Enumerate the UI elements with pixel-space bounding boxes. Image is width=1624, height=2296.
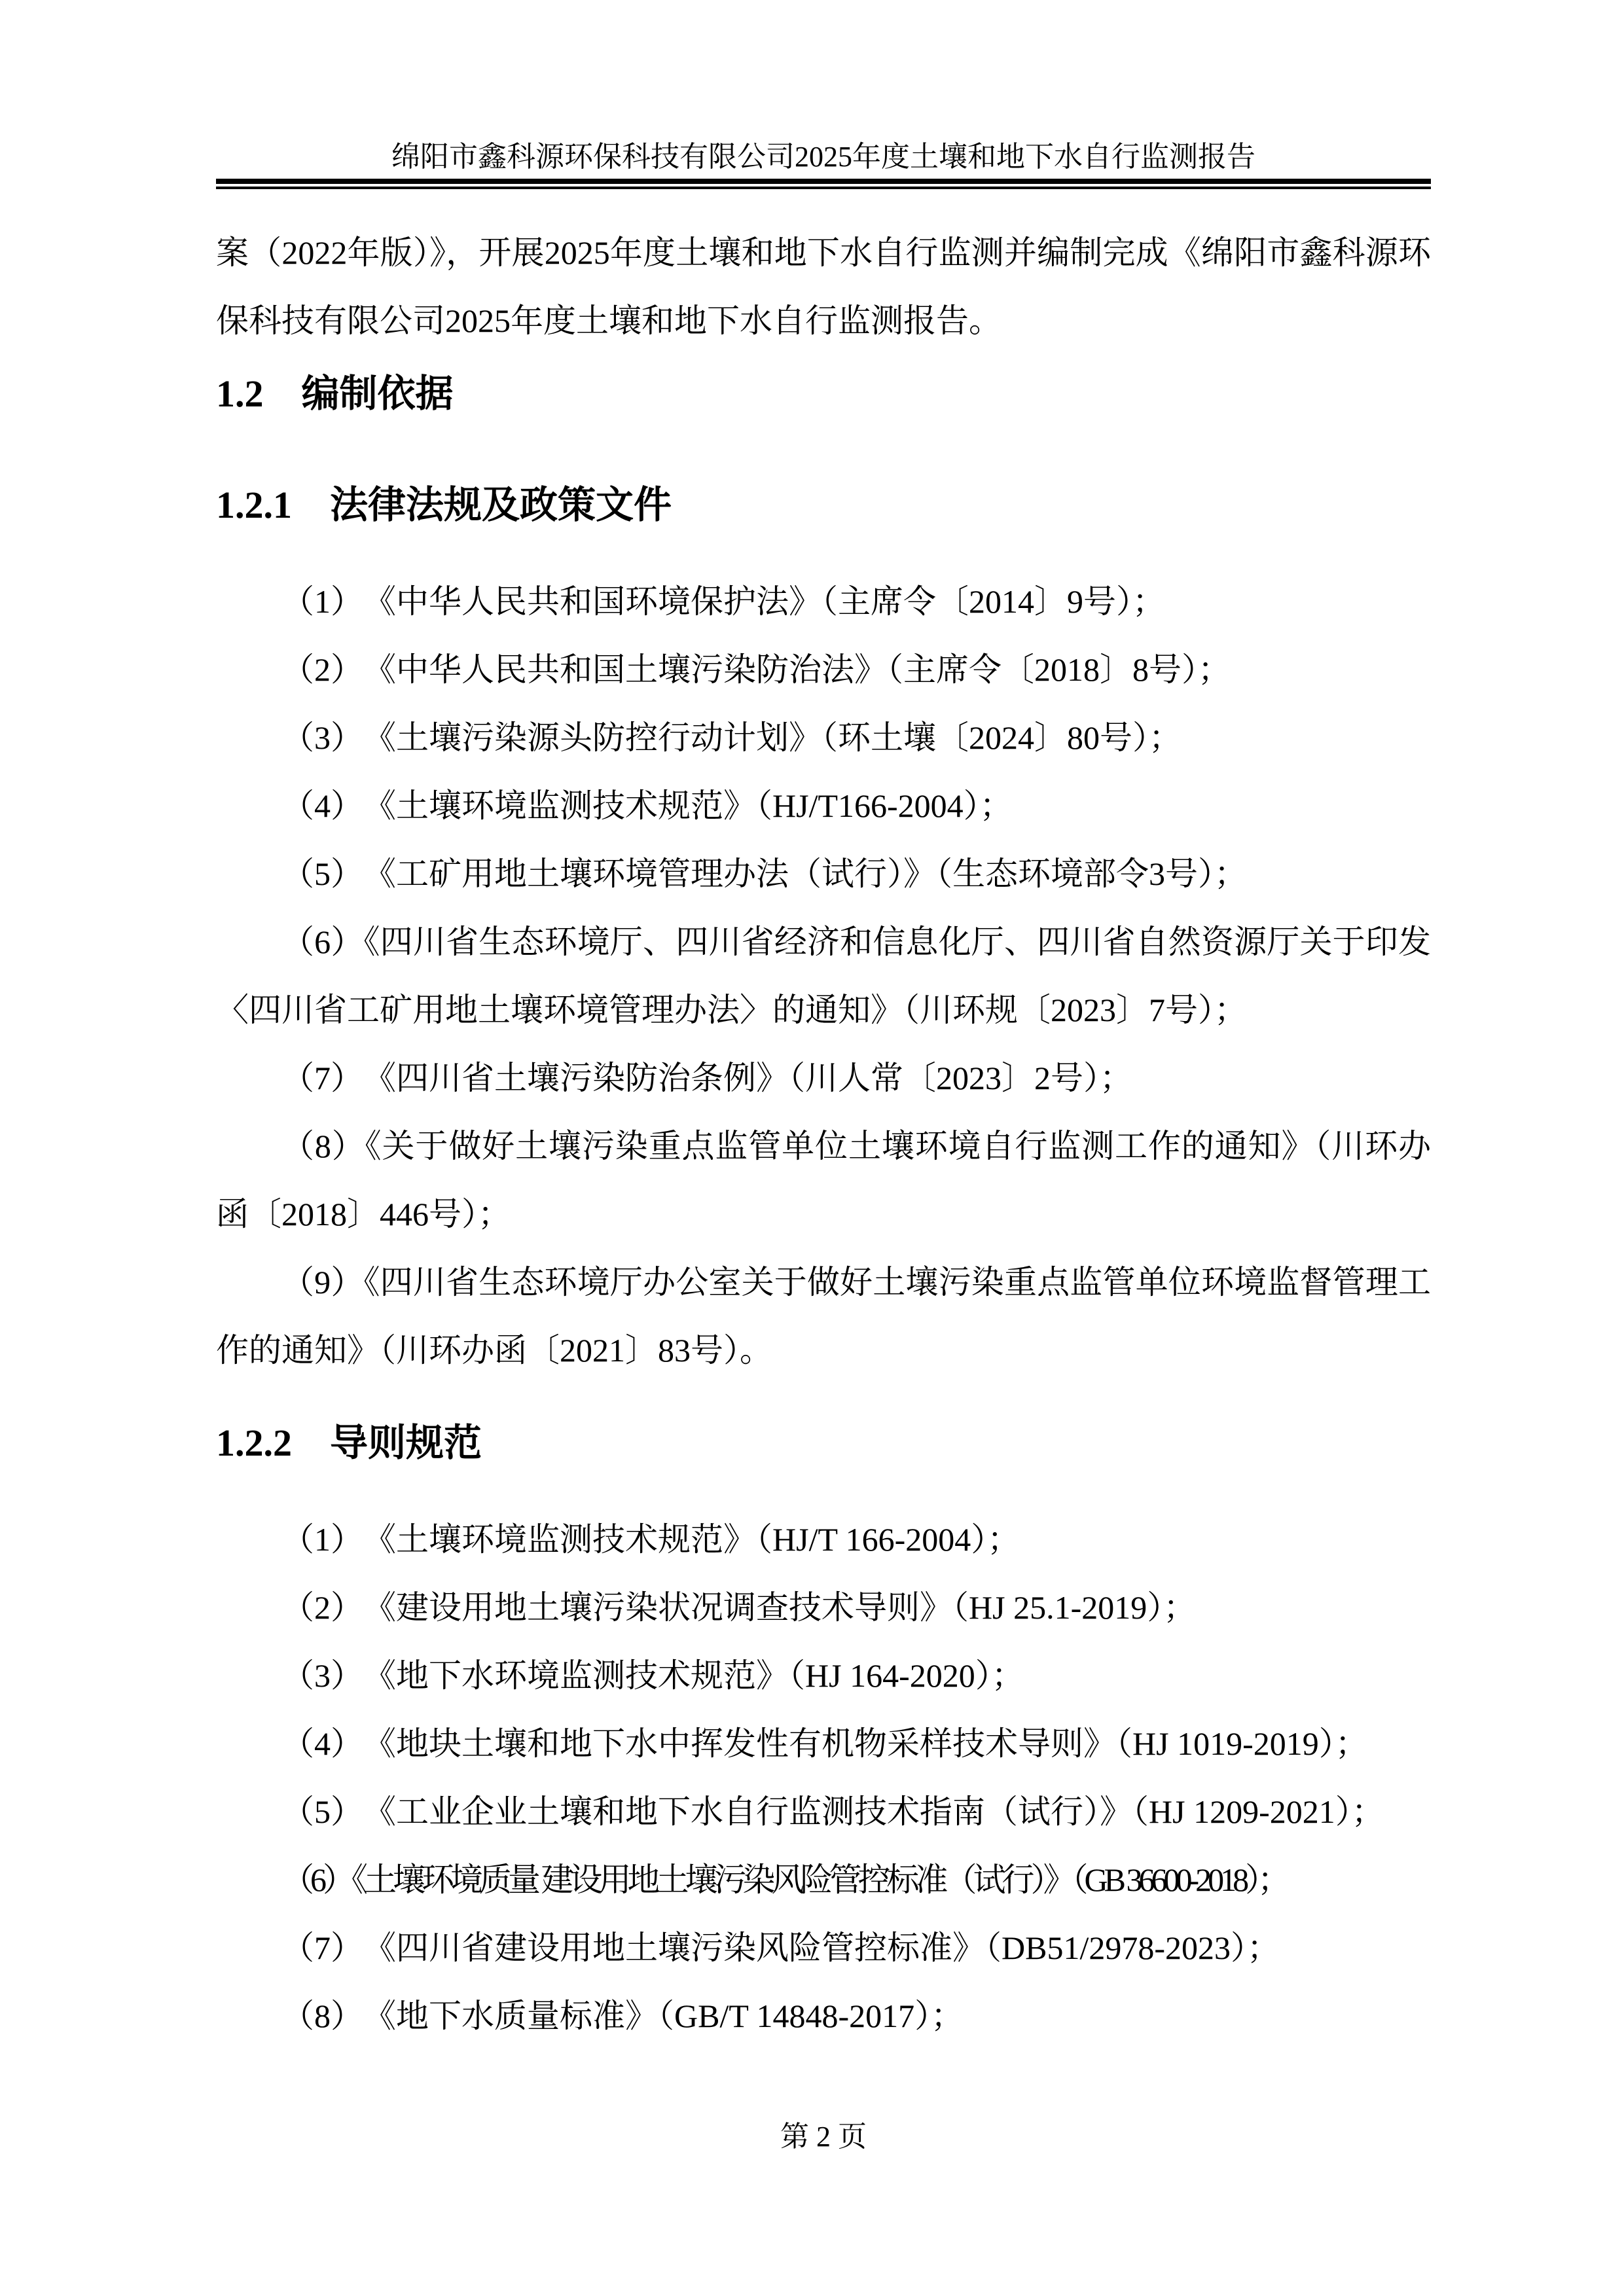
- list-item: （1） 《土壤环境监测技术规范》（HJ/T 166-2004）；: [216, 1505, 1431, 1573]
- list-item: （9）《四川省生态环境厅办公室关于做好土壤污染重点监管单位环境监督管理工作的通知…: [216, 1248, 1431, 1384]
- list-item: （4） 《土壤环境监测技术规范》（HJ/T166-2004）；: [216, 772, 1431, 840]
- list-item: （5） 《工业企业土壤和地下水自行监测技术指南（试行）》（HJ 1209-202…: [216, 1778, 1431, 1846]
- document-page: 绵阳市鑫科源环保科技有限公司2025年度土壤和地下水自行监测报告 案（2022年…: [0, 0, 1624, 2296]
- intro-paragraph: 案（2022年版）》，开展2025年度土壤和地下水自行监测并编制完成《绵阳市鑫科…: [216, 219, 1431, 355]
- section-heading-1-2-1: 1.2.1 法律法规及政策文件: [216, 482, 1431, 528]
- list-item: （6）《四川省生态环境厅、四川省经济和信息化厅、四川省自然资源厅关于印发〈四川省…: [216, 908, 1431, 1044]
- list-item: （5） 《工矿用地土壤环境管理办法（试行）》（生态环境部令3号）；: [216, 840, 1431, 908]
- list-item: （2） 《中华人民共和国土壤污染防治法》（主席令〔2018〕8号）；: [216, 636, 1431, 704]
- page-content: 绵阳市鑫科源环保科技有限公司2025年度土壤和地下水自行监测报告 案（2022年…: [0, 0, 1624, 2050]
- list-item: （8）《关于做好土壤污染重点监管单位土壤环境自行监测工作的通知》（川环办函〔20…: [216, 1112, 1431, 1248]
- list-item: （4） 《地块土壤和地下水中挥发性有机物采样技术导则》（HJ 1019-2019…: [216, 1710, 1431, 1778]
- list-item: （7） 《四川省建设用地土壤污染风险管控标准》（DB51/2978-2023）；: [216, 1914, 1431, 1982]
- list-item: （8） 《地下水质量标准》（GB/T 14848-2017）；: [216, 1982, 1431, 2050]
- list-item: （7） 《四川省土壤污染防治条例》（川人常〔2023〕2号）；: [216, 1044, 1431, 1112]
- list-item: （2） 《建设用地土壤污染状况调查技术导则》（HJ 25.1-2019）；: [216, 1573, 1431, 1641]
- page-header-title: 绵阳市鑫科源环保科技有限公司2025年度土壤和地下水自行监测报告: [216, 141, 1431, 173]
- list-item: （1） 《中华人民共和国环境保护法》（主席令〔2014〕9号）；: [216, 567, 1431, 636]
- list-item: （6）《土壤环境质量 建设用地土壤污染风险管控标准（试行）》（GB 36600-…: [216, 1846, 1431, 1914]
- list-item: （3） 《土壤污染源头防控行动计划》（环土壤〔2024〕80号）；: [216, 704, 1431, 772]
- page-number: 第 2 页: [216, 2121, 1431, 2153]
- section-heading-1-2-2: 1.2.2 导则规范: [216, 1420, 1431, 1466]
- list-item: （3） 《地下水环境监测技术规范》（HJ 164-2020）；: [216, 1641, 1431, 1710]
- header-rule-thick: [216, 179, 1431, 184]
- section-heading-1-2: 1.2 编制依据: [216, 371, 1431, 417]
- header-rule-thin: [216, 187, 1431, 189]
- regulation-list-standards: （1） 《土壤环境监测技术规范》（HJ/T 166-2004）； （2） 《建设…: [216, 1505, 1431, 2050]
- regulation-list-legal: （1） 《中华人民共和国环境保护法》（主席令〔2014〕9号）； （2） 《中华…: [216, 567, 1431, 1384]
